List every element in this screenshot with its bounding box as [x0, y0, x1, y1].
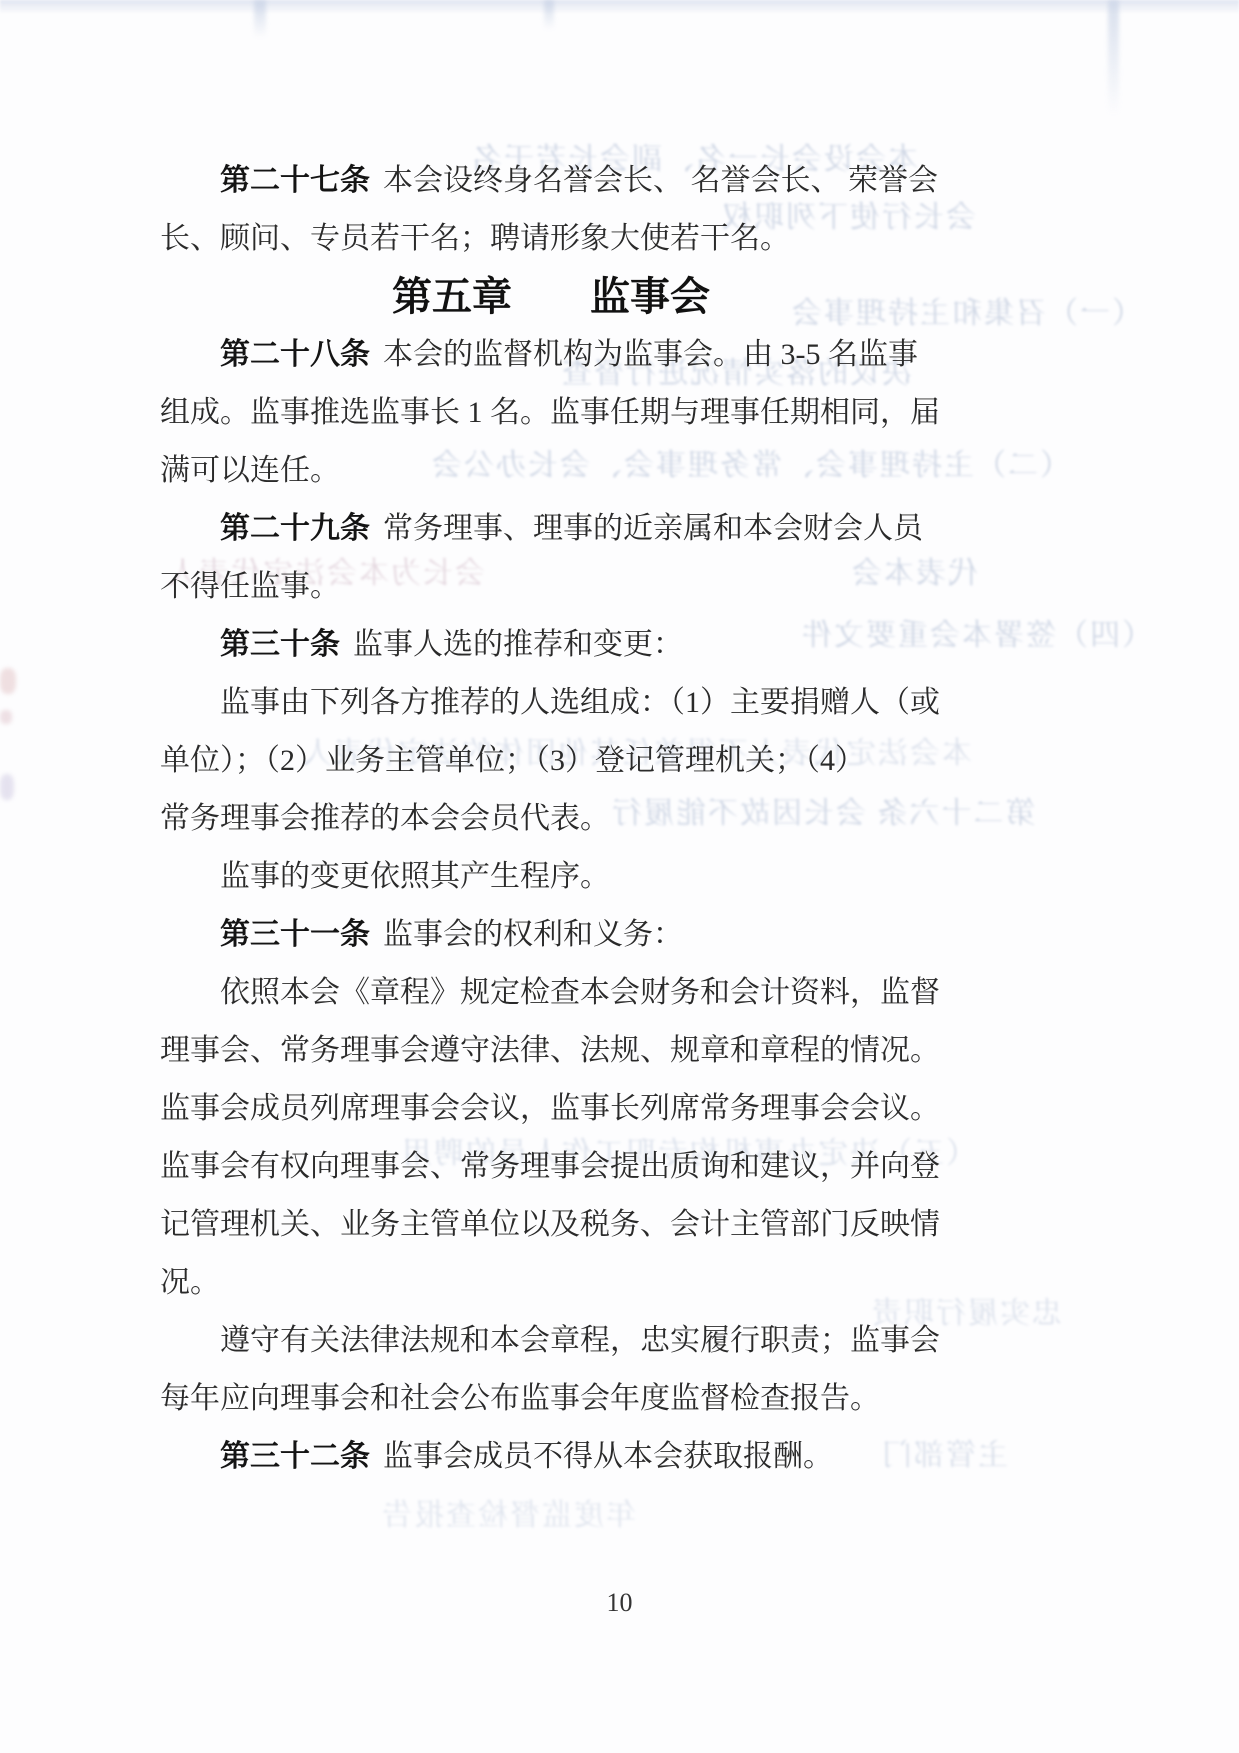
article-text: 常务理事会推荐的本会会员代表。 [160, 802, 610, 835]
article-line: 依照本会《章程》规定检查本会财务和会计资料，监督 [160, 964, 942, 1022]
article-text: 本会设终身名誉会长、 名誉会长、 荣誉会 [383, 164, 938, 197]
article-line: 况。 [160, 1254, 942, 1312]
chapter-title: 监事会 [590, 275, 710, 319]
page-number: 10 [0, 1588, 1239, 1618]
article-line: 第三十条监事人选的推荐和变更： [160, 616, 942, 674]
article-text: 记管理机关、业务主管单位以及税务、会计主管部门反映情 [160, 1208, 940, 1241]
article-number: 第二十七条 [220, 164, 370, 197]
article-text: 监事会的权利和义务： [383, 918, 683, 951]
article-line: 遵守有关法律法规和本会章程，忠实履行职责；监事会 [160, 1312, 942, 1370]
article-line: 记管理机关、业务主管单位以及税务、会计主管部门反映情 [160, 1196, 942, 1254]
article-line: 长、顾问、专员若干名；聘请形象大使若干名。 [160, 210, 942, 268]
article-text: 遵守有关法律法规和本会章程，忠实履行职责；监事会 [220, 1324, 940, 1357]
article-line: 每年应向理事会和社会公布监事会年度监督检查报告。 [160, 1370, 942, 1428]
article-number: 第二十九条 [220, 512, 370, 545]
article-text: 监事的变更依照其产生程序。 [220, 860, 610, 893]
article-text: 监事人选的推荐和变更： [353, 628, 683, 661]
article-text: 本会的监督机构为监事会。由 3-5 名监事 [383, 338, 918, 371]
scan-top-edge-band [0, 0, 1239, 14]
article-number: 第三十一条 [220, 918, 370, 951]
document-body: 第二十七条本会设终身名誉会长、 名誉会长、 荣誉会 长、顾问、专员若干名；聘请形… [160, 152, 942, 1486]
scan-edge-mark [0, 774, 14, 800]
article-text: 单位）；（2）业务主管单位；（3）登记管理机关；（4） [160, 744, 865, 777]
article-line: 单位）；（2）业务主管单位；（3）登记管理机关；（4） [160, 732, 942, 790]
article-number: 第三十条 [220, 628, 340, 661]
article-line: 监事会有权向理事会、常务理事会提出质询和建议，并向登 [160, 1138, 942, 1196]
scanned-document-page: { "page": { "number": "10" }, "document"… [0, 0, 1239, 1753]
article-line: 第二十九条常务理事、理事的近亲属和本会财会人员 [160, 500, 942, 558]
article-text: 监事会成员不得从本会获取报酬。 [383, 1440, 833, 1473]
article-line: 监事会成员列席理事会会议，监事长列席常务理事会会议。 [160, 1080, 942, 1138]
article-line: 第二十八条本会的监督机构为监事会。由 3-5 名监事 [160, 326, 942, 384]
scan-streak [1108, 0, 1119, 115]
article-line: 理事会、常务理事会遵守法律、法规、规章和章程的情况。 [160, 1022, 942, 1080]
article-line: 监事由下列各方推荐的人选组成：（1）主要捐赠人（或 [160, 674, 942, 732]
article-number: 第三十二条 [220, 1440, 370, 1473]
bleedthrough-text: 年度监督检查报告 [380, 1498, 636, 1534]
article-number: 第二十八条 [220, 338, 370, 371]
article-text: 每年应向理事会和社会公布监事会年度监督检查报告。 [160, 1382, 880, 1415]
scan-edge-mark [0, 668, 16, 694]
scan-streak [544, 0, 554, 30]
chapter-heading: 第五章监事会 [160, 268, 942, 326]
article-text: 不得任监事。 [160, 570, 340, 603]
chapter-number: 第五章 [392, 275, 512, 319]
article-line: 第二十七条本会设终身名誉会长、 名誉会长、 荣誉会 [160, 152, 942, 210]
article-text: 长、顾问、专员若干名；聘请形象大使若干名。 [160, 222, 790, 255]
article-line: 满可以连任。 [160, 442, 942, 500]
scan-edge-mark [0, 710, 12, 724]
article-text: 组成。监事推选监事长 1 名。监事任期与理事任期相同，届 [160, 396, 940, 429]
article-line: 常务理事会推荐的本会会员代表。 [160, 790, 942, 848]
article-line: 不得任监事。 [160, 558, 942, 616]
article-text: 理事会、常务理事会遵守法律、法规、规章和章程的情况。 [160, 1034, 940, 1067]
article-text: 监事会有权向理事会、常务理事会提出质询和建议，并向登 [160, 1150, 940, 1183]
article-line: 组成。监事推选监事长 1 名。监事任期与理事任期相同，届 [160, 384, 942, 442]
article-line: 监事的变更依照其产生程序。 [160, 848, 942, 906]
article-line: 第三十二条监事会成员不得从本会获取报酬。 [160, 1428, 942, 1486]
scan-streak [254, 0, 266, 38]
article-text: 满可以连任。 [160, 454, 340, 487]
article-text: 常务理事、理事的近亲属和本会财会人员 [383, 512, 923, 545]
article-line: 第三十一条监事会的权利和义务： [160, 906, 942, 964]
article-text: 监事由下列各方推荐的人选组成：（1）主要捐赠人（或 [220, 686, 940, 719]
article-text: 监事会成员列席理事会会议，监事长列席常务理事会会议。 [160, 1092, 940, 1125]
article-text: 依照本会《章程》规定检查本会财务和会计资料，监督 [220, 976, 940, 1009]
article-text: 况。 [160, 1266, 220, 1299]
